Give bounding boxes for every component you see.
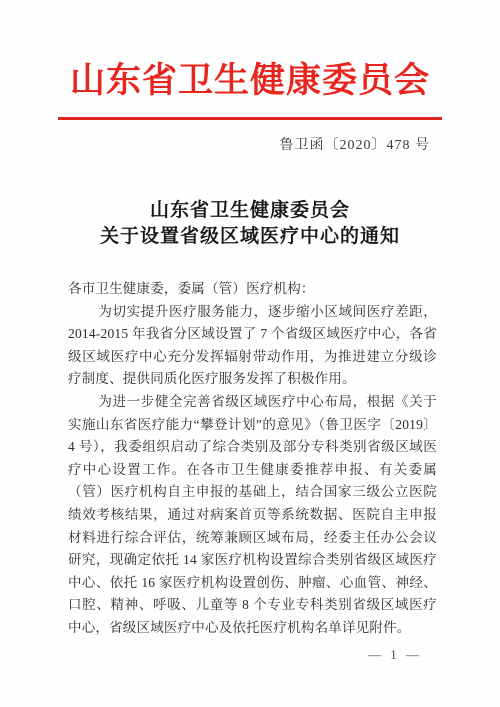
letterhead-divider xyxy=(58,117,442,120)
document-number: 鲁卫函〔2020〕478 号 xyxy=(0,134,500,154)
document-title-line-1: 山东省卫生健康委员会 xyxy=(0,198,500,224)
document-title: 山东省卫生健康委员会 关于设置省级区域医疗中心的通知 xyxy=(0,198,500,250)
salutation: 各市卫生健康委，委属（管）医疗机构： xyxy=(68,278,437,301)
document-title-line-2: 关于设置省级区域医疗中心的通知 xyxy=(0,224,500,250)
document-page: 山东省卫生健康委员会 鲁卫函〔2020〕478 号 山东省卫生健康委员会 关于设… xyxy=(0,0,500,707)
document-body: 各市卫生健康委，委属（管）医疗机构： 为切实提升医疗服务能力，逐步缩小区域间医疗… xyxy=(68,278,437,640)
letterhead-title: 山东省卫生健康委员会 xyxy=(0,0,500,104)
body-paragraph-1: 为切实提升医疗服务能力，逐步缩小区域间医疗差距，2014-2015 年我省分区域… xyxy=(68,301,437,391)
page-number: — 1 — xyxy=(368,647,422,663)
body-paragraph-2: 为进一步健全完善省级区域医疗中心布局，根据《关于实施山东省医疗能力“攀登计划”的… xyxy=(68,391,437,640)
